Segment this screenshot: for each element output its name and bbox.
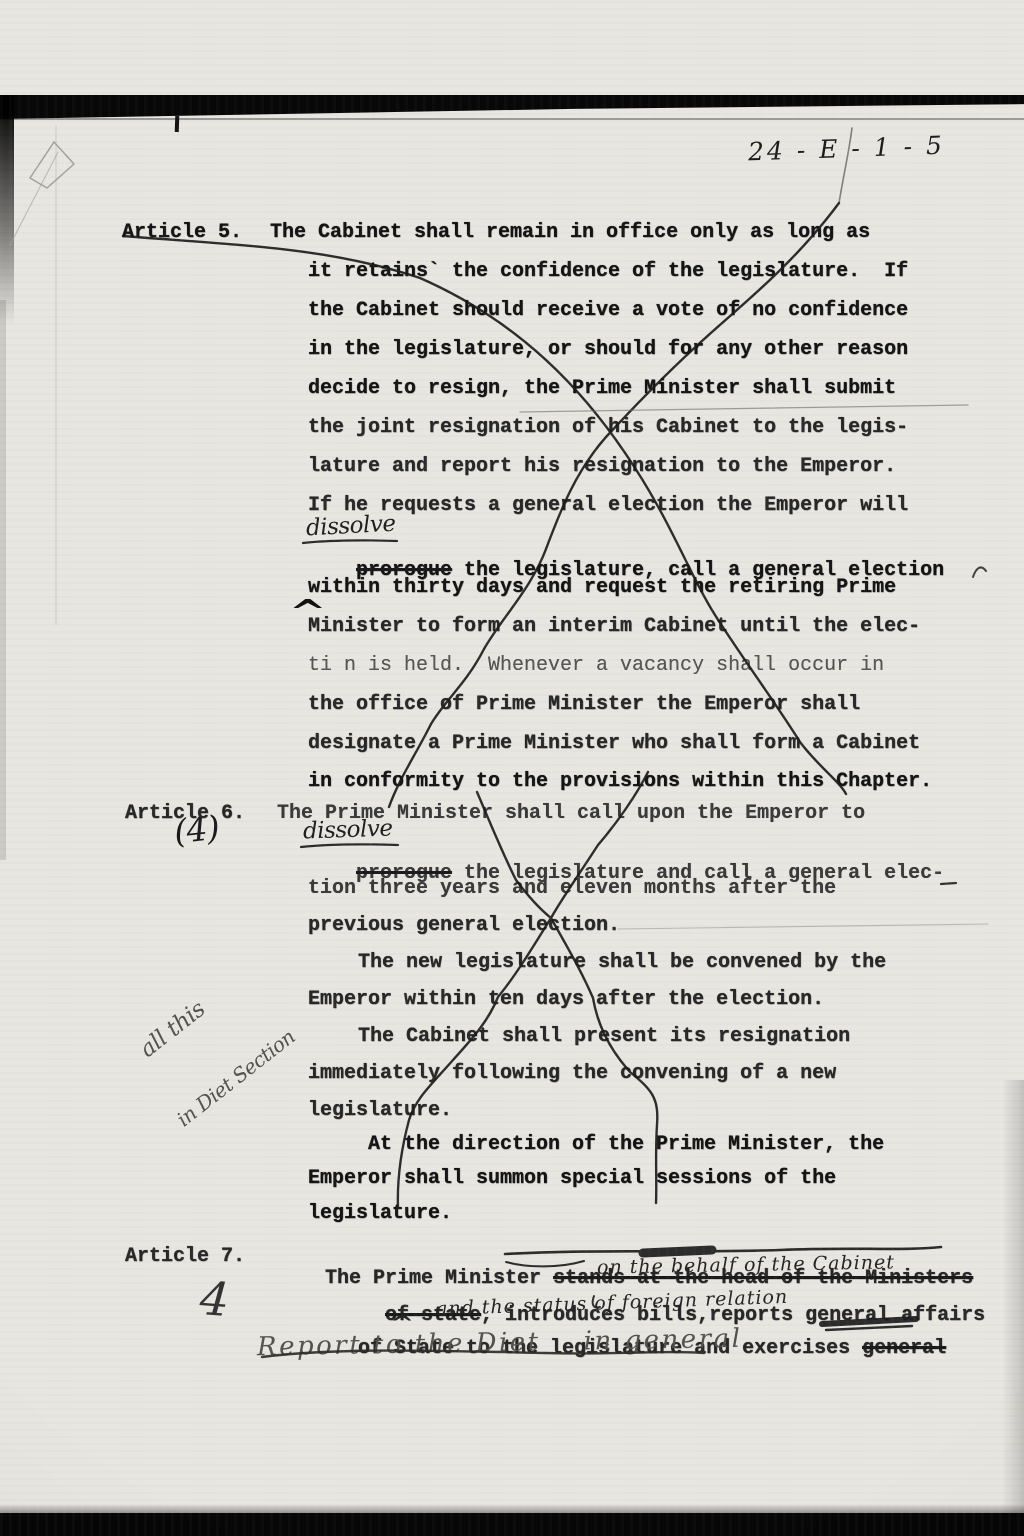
handwritten-dissolve: dissolve <box>303 815 393 844</box>
typed-line: The Cabinet shall present its resignatio… <box>358 1026 850 1048</box>
paper-corner-crease <box>10 152 58 245</box>
margin-note-line1: all this <box>124 963 253 1071</box>
margin-note-line2: in Diet Section <box>172 1024 299 1131</box>
article7-label: Article 7. <box>125 1246 245 1268</box>
handwritten-margin-number: 4 <box>198 1271 230 1327</box>
scan-bottom-gradient <box>0 1504 1024 1514</box>
typed-line: lature and report his resignation to the… <box>308 456 896 478</box>
typed-line: At the direction of the Prime Minister, … <box>368 1134 884 1156</box>
margin-note-diet-section: all this in Diet Section <box>92 922 331 1172</box>
scan-left-edge-shadow <box>0 95 14 325</box>
struck-word-general: general <box>862 1337 946 1360</box>
scan-left-edge-faint <box>0 300 6 860</box>
paper-crease-line <box>55 125 57 625</box>
typed-line: previous general election. <box>308 915 620 937</box>
typed-line: legislature. <box>308 1100 452 1122</box>
margin-tick-mark <box>973 567 986 577</box>
scan-right-edge-shade <box>1002 1080 1024 1514</box>
typed-line: Emperor shall summon special sessions of… <box>308 1168 836 1190</box>
article6-label: Article 6. <box>125 803 245 825</box>
scan-top-tick-mark <box>175 116 180 132</box>
typed-line: the joint resignation of his Cabinet to … <box>308 417 908 439</box>
typed-line: Emperor within ten days after the electi… <box>308 989 824 1011</box>
handwritten-dissolve: dissolve <box>305 511 396 542</box>
paper-corner-fold <box>30 142 74 188</box>
typed-line: The new legislature shall be convened by… <box>358 952 886 974</box>
typed-line: Minister to form an interim Cabinet unti… <box>308 616 920 638</box>
typed-line: immediately following the convening of a… <box>308 1063 836 1085</box>
typed-line: designate a Prime Minister who shall for… <box>308 733 920 755</box>
scan-bottom-bar <box>0 1513 1024 1536</box>
typed-line: in the legislature, or should for any ot… <box>308 339 908 361</box>
typed-line: within thirty days and request the retir… <box>308 577 896 599</box>
scan-top-edge-band <box>0 95 1024 119</box>
typed-line: it retains` the confidence of the legisl… <box>308 261 908 283</box>
typed-line: the office of Prime Minister the Emperor… <box>308 694 860 716</box>
handwritten-ref-number: 24 - E - 1 - 5 <box>748 131 946 167</box>
typed-line: ti n is held. Whenever a vacancy shall o… <box>308 655 884 677</box>
scanned-document-page: 24 - E - 1 - 5 Article 5. The Cabinet sh… <box>0 0 1024 1536</box>
typed-line: The Cabinet shall remain in office only … <box>270 222 870 244</box>
faint-scratch-line <box>618 924 988 929</box>
typed-line: tion three years and eleven months after… <box>308 878 836 900</box>
typed-line: the Cabinet should receive a vote of no … <box>308 300 908 322</box>
handwritten-caret: ^ <box>289 593 326 632</box>
typed-line: If he requests a general election the Em… <box>308 495 908 517</box>
typed-line: decide to resign, the Prime Minister sha… <box>308 378 896 400</box>
typed-line: in conformity to the provisions within t… <box>308 771 932 793</box>
typed-line: legislature. <box>308 1203 452 1225</box>
scan-top-edge-line <box>0 118 1024 120</box>
article5-label: Article 5. <box>122 222 242 244</box>
faint-scratch-line <box>520 405 968 412</box>
